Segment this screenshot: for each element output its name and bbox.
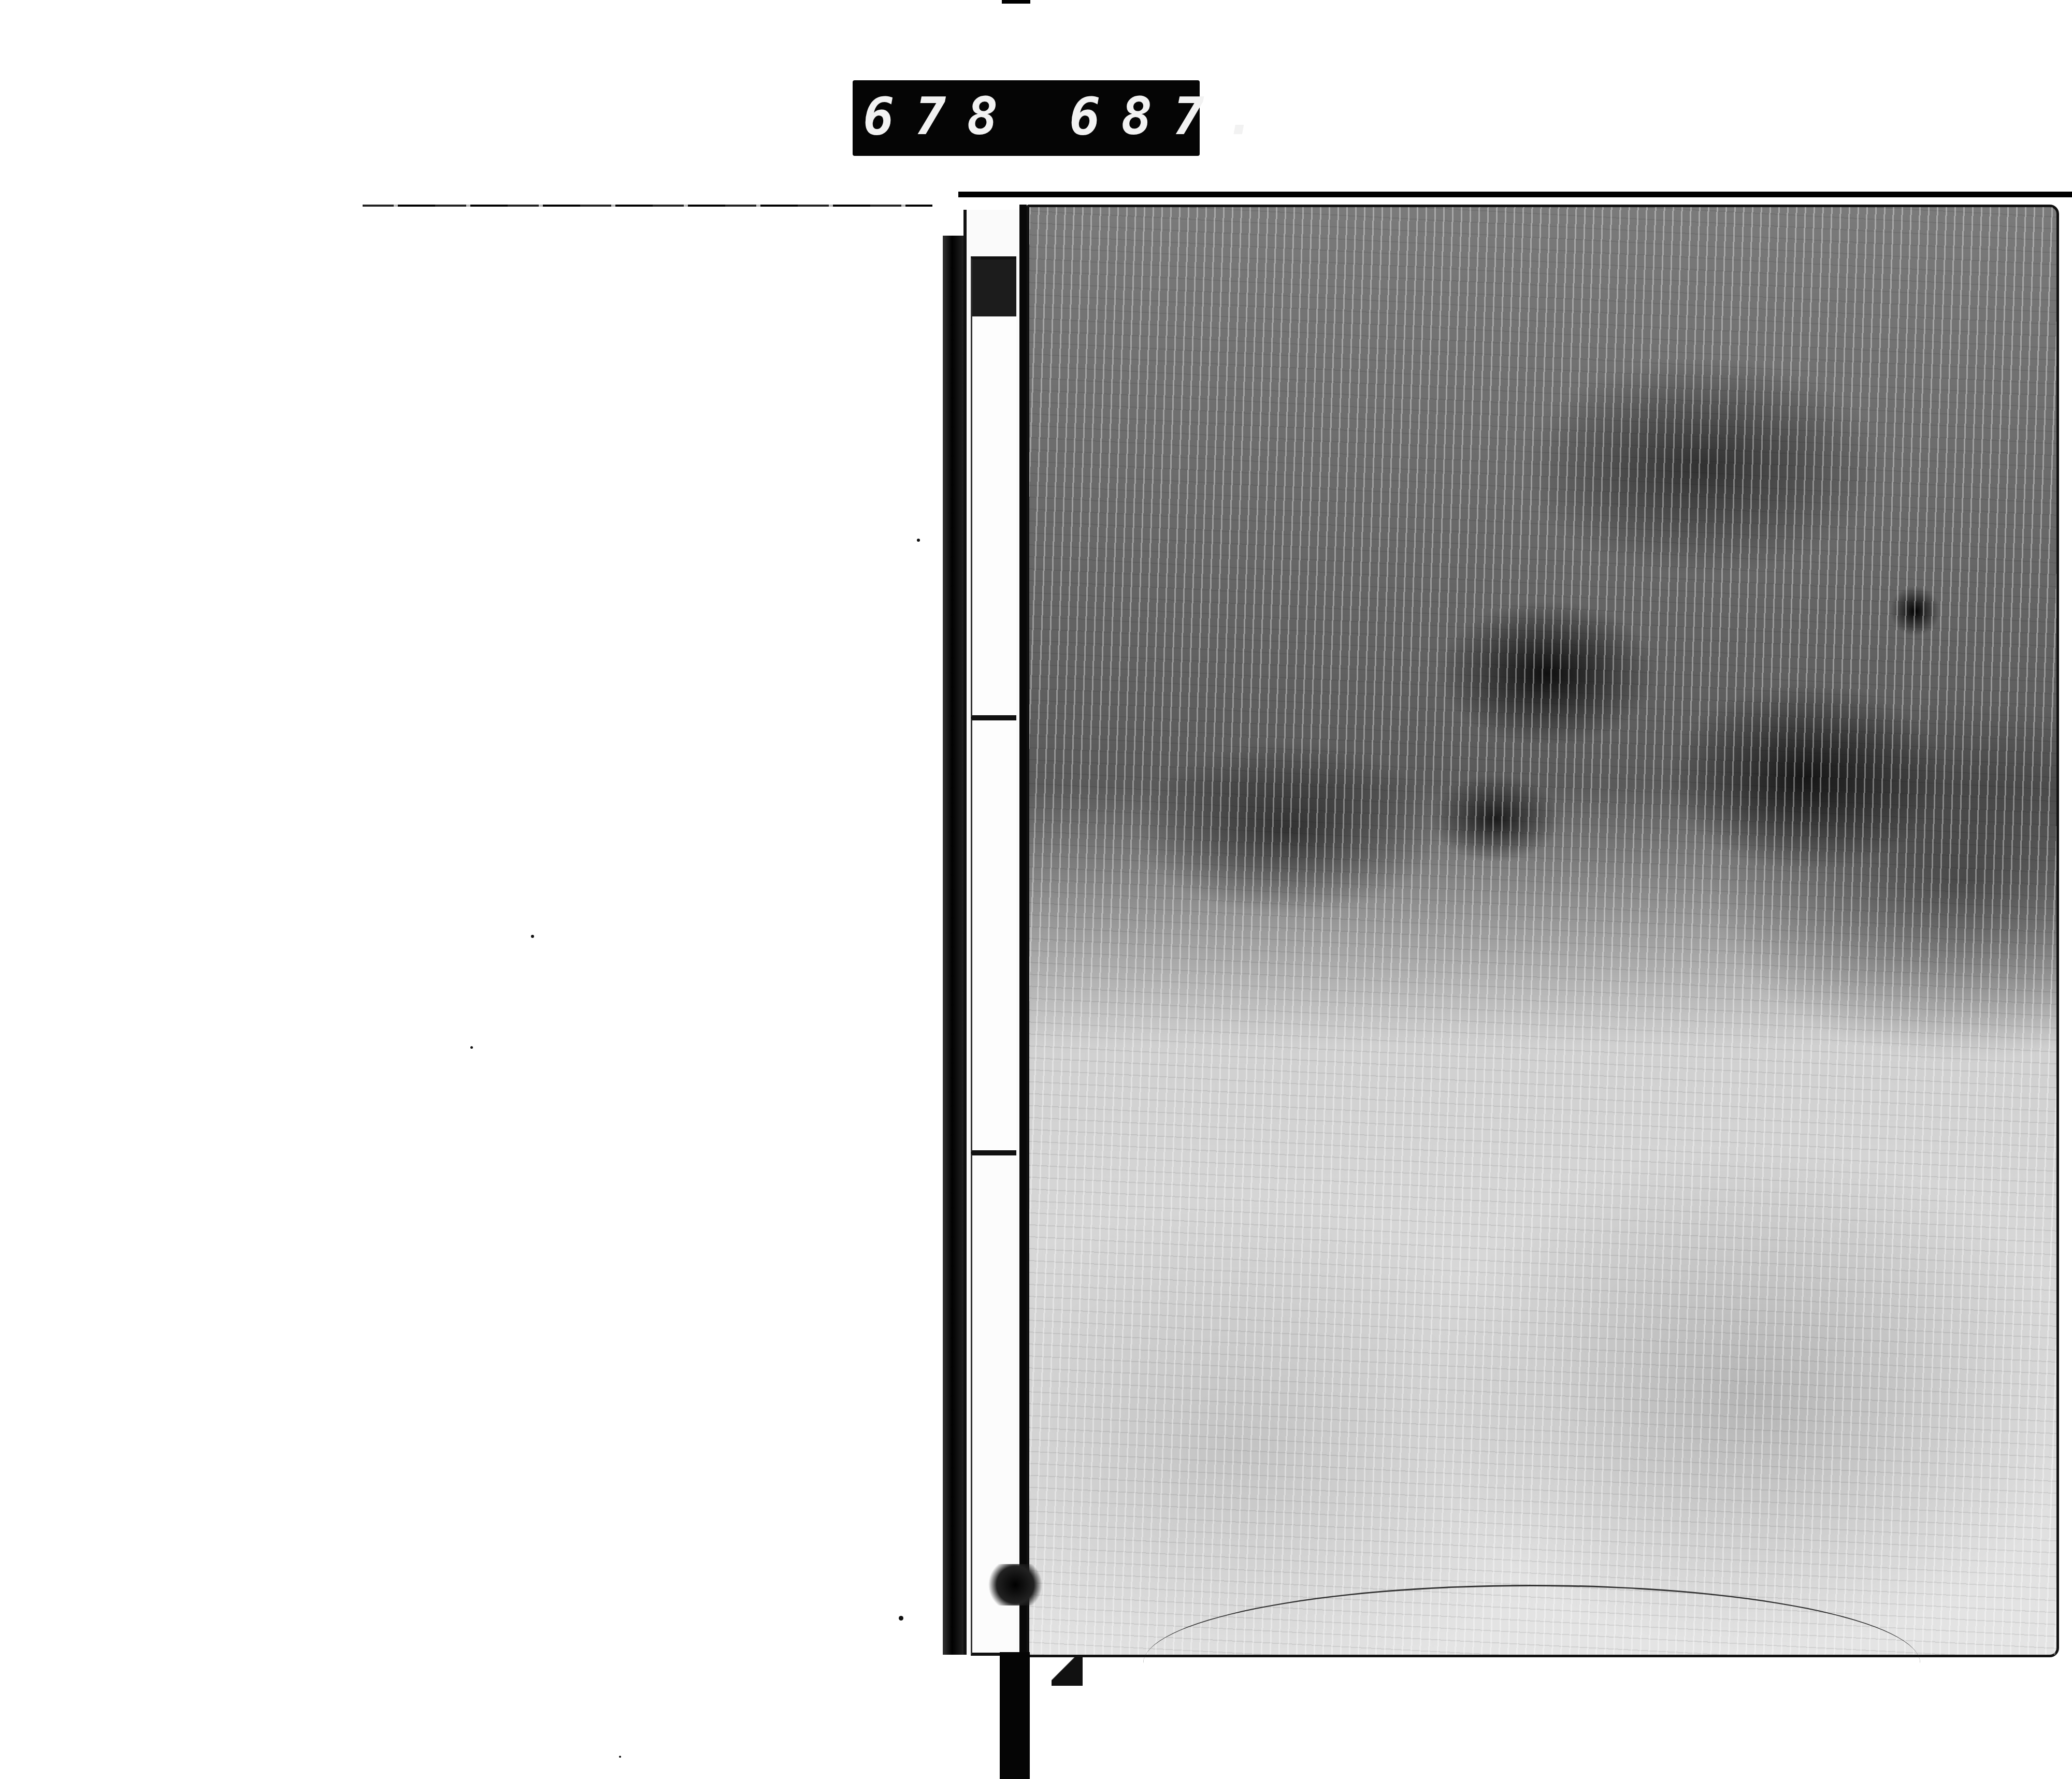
frame-start-number: 678: [863, 91, 1019, 142]
book: [943, 205, 2059, 1662]
cover-texture: [1029, 207, 2056, 1655]
scan-edge-mark: [1002, 0, 1030, 4]
spine-edge: [943, 236, 963, 1655]
scan-rule-left: [363, 205, 932, 207]
scan-speck: [917, 539, 920, 542]
cover-crease: [1143, 1585, 1920, 1742]
corner-flap: [1052, 1655, 1083, 1686]
scan-speck: [531, 935, 534, 938]
binding-knot: [984, 1564, 1046, 1606]
frame-end-number: 687.: [1069, 91, 1277, 142]
page-tab: [1000, 1652, 1030, 1779]
spine-segment-middle: [971, 717, 1016, 1153]
scan-speck: [899, 1616, 903, 1621]
book-cover: [1027, 205, 2059, 1657]
binding-thread: [1019, 205, 1027, 1655]
book-spine: [963, 210, 1026, 1655]
scan-speck: [470, 1046, 473, 1049]
spine-segment-top: [971, 256, 1016, 718]
scan-rule-right: [958, 192, 2072, 197]
scan-speck: [619, 1756, 621, 1758]
frame-counter-label: 678 687.: [853, 80, 1200, 156]
